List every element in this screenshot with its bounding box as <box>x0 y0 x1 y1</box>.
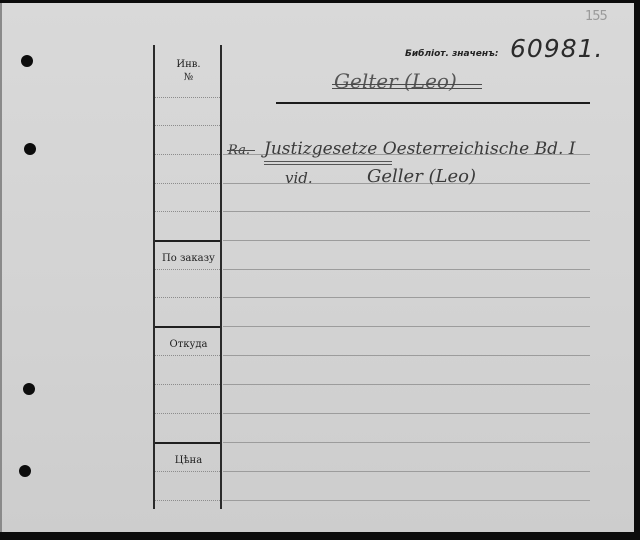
heading-author: Gelter (Leo) <box>334 69 457 93</box>
ruled-line <box>155 269 220 270</box>
ruled-line <box>223 442 590 443</box>
shelf-mark-label: Библіот. значенъ: <box>405 49 498 59</box>
ruled-line <box>155 211 220 212</box>
inventory-label-line1: Инв. <box>155 58 222 71</box>
strikethrough <box>332 88 482 89</box>
punch-hole-icon <box>24 143 36 155</box>
page-number: 155 <box>585 9 607 24</box>
section-separator <box>155 240 220 242</box>
punch-hole-icon <box>23 383 35 395</box>
ruled-line <box>223 269 590 270</box>
ruled-line <box>155 413 220 414</box>
entry-see-reference: Geller (Leo) <box>367 166 476 187</box>
column-divider-left <box>153 45 155 509</box>
ruled-line <box>155 97 220 98</box>
section-separator <box>155 442 220 444</box>
inventory-label: Инв. № <box>155 58 222 84</box>
strikethrough <box>332 84 482 85</box>
ruled-line <box>223 384 590 385</box>
heading-rule <box>276 102 590 104</box>
catalog-card: 155 Библіот. значенъ: 60981. Инв. № По з… <box>0 3 634 532</box>
ruled-line <box>155 125 220 126</box>
ruled-line <box>223 240 590 241</box>
ruled-line <box>155 154 220 155</box>
ruled-line <box>223 500 590 501</box>
ruled-line <box>155 471 220 472</box>
ruled-line <box>155 500 220 501</box>
ruled-line <box>223 297 590 298</box>
ruled-line <box>155 183 220 184</box>
section-separator <box>155 326 220 328</box>
ruled-line <box>155 355 220 356</box>
ruled-line <box>223 355 590 356</box>
entry-see-prefix: vid. <box>285 169 313 187</box>
ruled-line <box>223 471 590 472</box>
strikethrough <box>227 150 255 151</box>
inventory-label-line2: № <box>155 71 222 84</box>
title-underline <box>264 164 392 165</box>
entry-title: Justizgesetze Oesterreichische Bd. I <box>264 139 576 159</box>
ruled-line <box>223 211 590 212</box>
ruled-line <box>155 297 220 298</box>
shelf-mark-value: 60981. <box>510 34 603 63</box>
ruled-line <box>223 413 590 414</box>
ruled-line <box>223 326 590 327</box>
punch-hole-icon <box>19 465 31 477</box>
title-underline <box>264 161 392 162</box>
order-label: По заказу <box>155 252 222 265</box>
source-label: Откуда <box>155 338 222 351</box>
price-label: Цѣна <box>155 454 222 467</box>
ruled-line <box>155 384 220 385</box>
column-divider-right <box>220 45 222 509</box>
punch-hole-icon <box>21 55 33 67</box>
